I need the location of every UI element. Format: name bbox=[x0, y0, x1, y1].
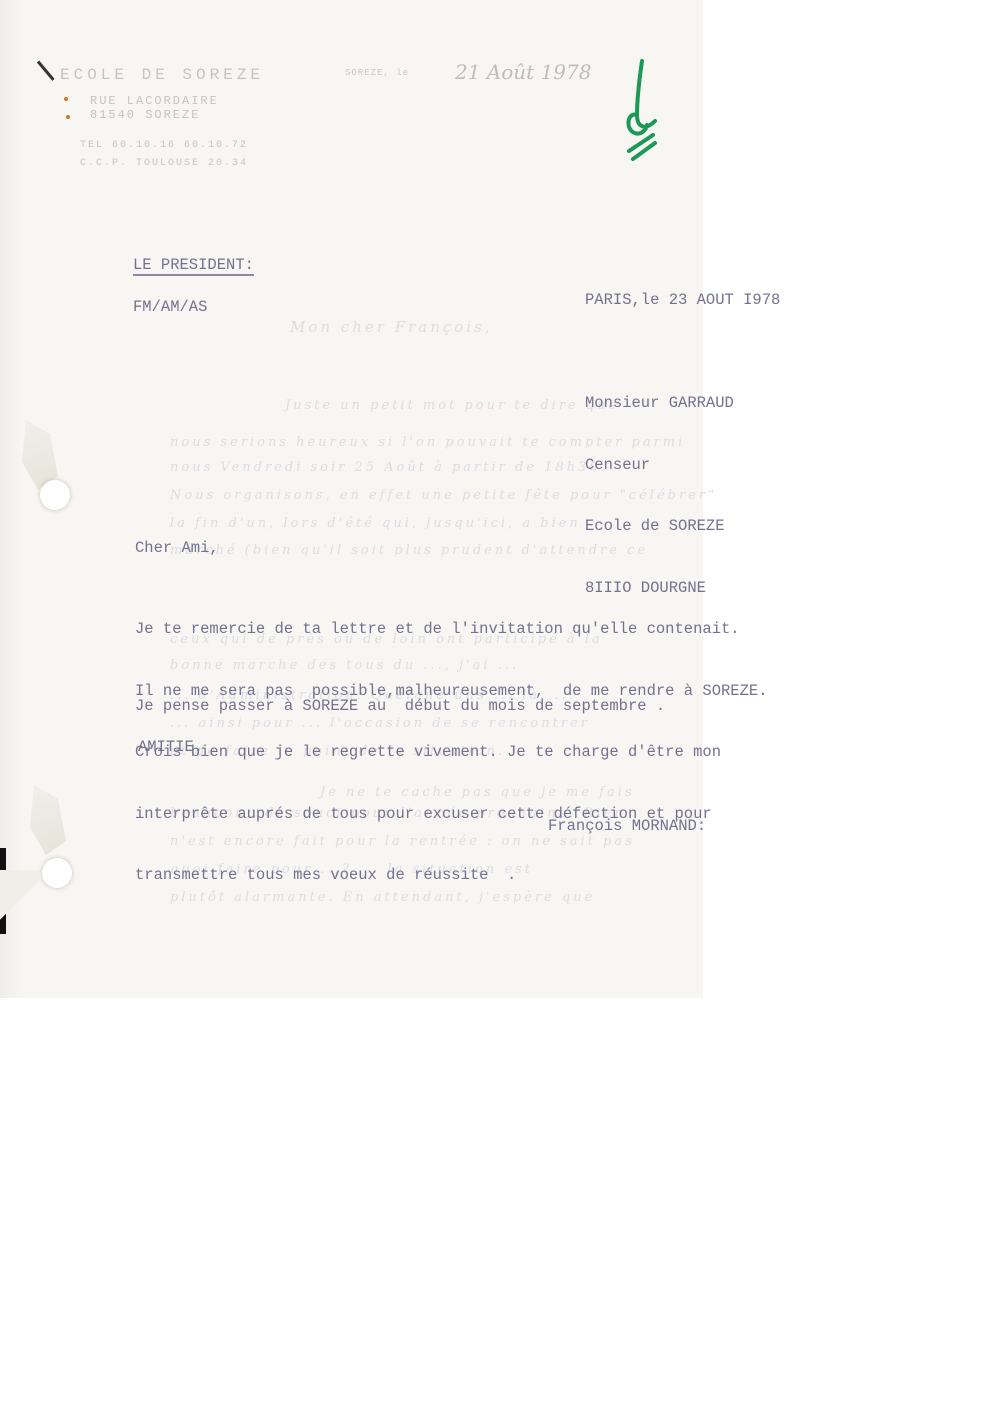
punch-hole bbox=[40, 480, 70, 510]
reference-code: FM/AM/AS bbox=[133, 297, 207, 318]
green-initial-mark-icon bbox=[615, 55, 675, 165]
recipient-line: Monsieur GARRAUD bbox=[585, 393, 734, 414]
sender-title: LE PRESIDENT: bbox=[133, 255, 254, 276]
punch-hole bbox=[42, 858, 72, 888]
body-line: Crois bien que je le regrette vivement. … bbox=[135, 742, 768, 763]
letterhead-telephone: TEL 60.10.16 60.10.72 bbox=[80, 140, 248, 151]
recipient-line: Censeur bbox=[585, 455, 734, 476]
signature: François MORNAND: bbox=[548, 816, 706, 837]
body-paragraph-2: Je pense passer à SOREZE au début du moi… bbox=[135, 696, 665, 717]
body-line: Je te remercie de ta lettre et de l'invi… bbox=[135, 619, 768, 640]
letterhead-ccp: C.C.P. TOULOUSE 20.34 bbox=[80, 158, 248, 169]
body-line: transmettre tous mes voeux de réussite . bbox=[135, 865, 768, 886]
bleed-through-line: marché (bien qu'il soit plus prudent d'a… bbox=[170, 543, 648, 558]
closing: AMITIE. bbox=[138, 737, 203, 758]
letterhead-name: ECOLE DE SOREZE bbox=[60, 66, 264, 84]
bleed-through-line: la fin d'un, lors d'été qui, jusqu'ici, … bbox=[170, 516, 581, 531]
paper-fold bbox=[0, 870, 40, 930]
letterhead-date-label: SOREZE, le bbox=[345, 68, 409, 78]
letterhead-street: RUE LACORDAIRE bbox=[90, 94, 219, 108]
bleed-through-greeting: Mon cher François, bbox=[290, 318, 493, 336]
body-paragraph-1: Je te remercie de ta lettre et de l'invi… bbox=[135, 578, 768, 906]
sender-title-text: LE PRESIDENT: bbox=[133, 256, 254, 276]
bleed-through-line: nous Vendredi soir 25 Août à partir de 1… bbox=[170, 460, 608, 475]
handwritten-date: 21 Août 1978 bbox=[455, 60, 591, 84]
letterhead-town: 81540 SOREZE bbox=[90, 108, 200, 122]
salutation: Cher Ami, bbox=[135, 538, 219, 559]
recipient-line: Ecole de SOREZE bbox=[585, 516, 734, 537]
rust-spot bbox=[66, 115, 70, 119]
place-date: PARIS,le 23 AOUT I978 bbox=[585, 290, 780, 311]
bleed-through-line: Juste un petit mot pour te dire que bbox=[285, 398, 619, 413]
rust-spot bbox=[64, 97, 68, 101]
